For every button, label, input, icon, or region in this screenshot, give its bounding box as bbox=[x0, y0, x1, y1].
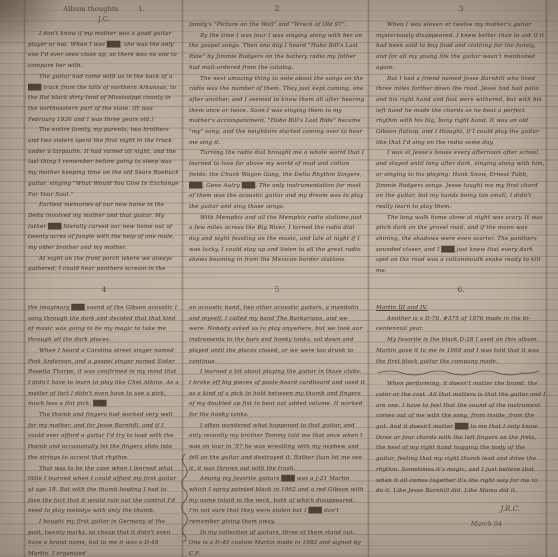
date-label: March 94 bbox=[376, 520, 546, 528]
paragraph: Another is a D-76, #375 of 1976 made in … bbox=[376, 314, 546, 335]
paragraph: When I was eleven or twelve my mother's … bbox=[376, 20, 546, 74]
author-initials: J.C. bbox=[28, 15, 180, 23]
paragraph: family's "Picture on the Wall" and "Wrec… bbox=[189, 20, 365, 31]
column-3: 3 When I was eleven or twelve my mother'… bbox=[376, 0, 546, 557]
page-1-number: 1. bbox=[138, 5, 145, 13]
paragraph: When performing, it doesn't matter the b… bbox=[376, 379, 546, 497]
handdrawn-divider-squiggle bbox=[376, 369, 541, 376]
album-title: Album thoughts bbox=[63, 5, 118, 13]
scanned-liner-notes: Album thoughts 1. J.C. I don't know if m… bbox=[0, 0, 558, 557]
paragraph: Earliest memories of our new home in the… bbox=[28, 200, 180, 254]
paragraph: I don't know if my mother was a good gui… bbox=[28, 29, 180, 72]
page-5: 5 an acoustic band, two other acoustic g… bbox=[189, 272, 365, 557]
page-6-number: 6. bbox=[376, 285, 546, 294]
column-2: 2 family's "Picture on the Wall" and "Wr… bbox=[189, 0, 365, 557]
paragraph: Martin III and IV. bbox=[376, 303, 546, 314]
paragraph: The thumb and fingers had worked very we… bbox=[28, 410, 180, 464]
margin-doodle bbox=[179, 452, 191, 544]
paragraph: The long walk home alone at night was sc… bbox=[376, 213, 546, 272]
paragraph: In my collection of guitars, three of th… bbox=[189, 528, 365, 557]
page-1-header: Album thoughts 1. bbox=[28, 5, 180, 13]
paragraph: The entire family, my parents, two broth… bbox=[28, 125, 180, 200]
page-4-number: 4 bbox=[28, 285, 180, 294]
signature-initials: J.R.C. bbox=[376, 505, 546, 513]
paragraph: I bought my first guitar in Germany at t… bbox=[28, 517, 180, 557]
page-3-number: 3 bbox=[376, 4, 546, 13]
page-1: Album thoughts 1. J.C. I don't know if m… bbox=[28, 0, 180, 272]
paragraph: I often wondered what happened to that g… bbox=[189, 421, 365, 475]
paragraph: But I had a friend named Jesse Barnhill … bbox=[376, 74, 546, 149]
page-6: 6. Martin III and IV. Another is a D-76,… bbox=[376, 272, 546, 557]
fold-seam-left-margin bbox=[23, 0, 26, 557]
page-2-number: 2 bbox=[189, 4, 365, 13]
paragraph: By the time I was four I was singing alo… bbox=[189, 31, 365, 74]
paragraph: an acoustic band, two other acoustic gui… bbox=[189, 303, 365, 367]
paragraph: That was to be the case when I learned w… bbox=[28, 464, 180, 518]
paragraph: When I heard a Carolina street singer na… bbox=[28, 346, 180, 410]
paragraph: I was at Jesse's house every afternoon a… bbox=[376, 148, 546, 212]
paragraph: At night on the front porch where we alw… bbox=[28, 254, 180, 272]
page-2: 2 family's "Picture on the Wall" and "Wr… bbox=[189, 0, 365, 272]
paragraph: I learned a lot about playing the guitar… bbox=[189, 367, 365, 421]
paragraph: The guitar had come with us in the back … bbox=[28, 72, 180, 126]
paragraph: the imaginary ███ sound of the Gibson ac… bbox=[28, 303, 180, 346]
page-4: 4 the imaginary ███ sound of the Gibson … bbox=[28, 272, 180, 557]
fold-seam-2 bbox=[367, 0, 370, 557]
paragraph: With Memphis and all the Memphis radio s… bbox=[189, 213, 365, 267]
page-5-number: 5 bbox=[189, 285, 365, 294]
paragraph: Turning the radio dial brought me a whol… bbox=[189, 148, 365, 212]
column-1: Album thoughts 1. J.C. I don't know if m… bbox=[28, 0, 180, 557]
paragraph: Among my favorite guitars ███ was a J-21… bbox=[189, 474, 365, 528]
page-3: 3 When I was eleven or twelve my mother'… bbox=[376, 0, 546, 272]
paragraph: My favorite is the black D-28 I used on … bbox=[376, 335, 546, 367]
paragraph: The next amazing thing to note about the… bbox=[189, 74, 365, 149]
